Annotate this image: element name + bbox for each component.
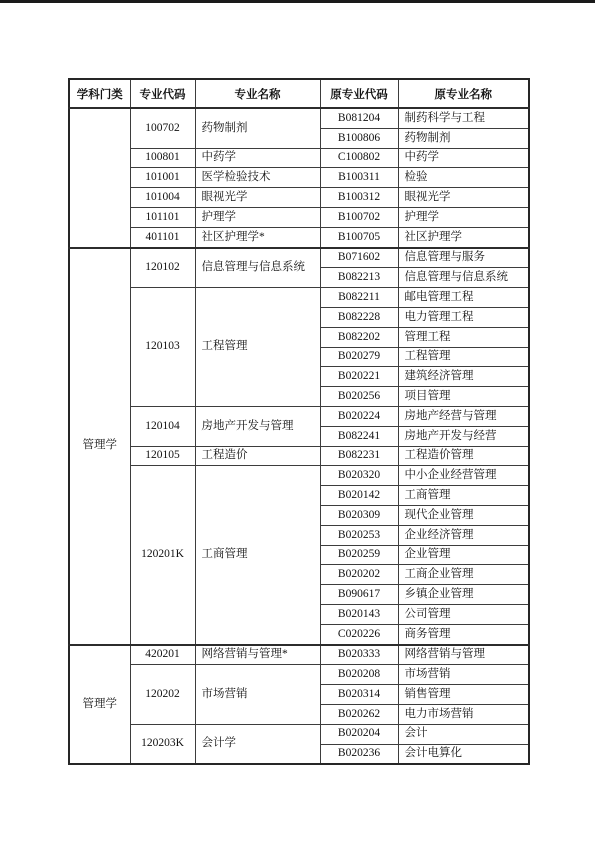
old-code-cell: B020208 [320, 665, 398, 685]
old-code-cell: B020236 [320, 744, 398, 764]
old-code-cell: B020320 [320, 466, 398, 486]
table-row: 120105工程造价B082231工程造价管理 [69, 446, 529, 466]
old-code-cell: B082213 [320, 268, 398, 288]
old-name-cell: 电力市场营销 [398, 704, 529, 724]
old-name-cell: 工商管理 [398, 486, 529, 506]
table-row: 120201K工商管理B020320中小企业经营管理 [69, 466, 529, 486]
major-code-cell: 100801 [130, 148, 195, 168]
old-code-cell: B020142 [320, 486, 398, 506]
major-code-cell: 401101 [130, 227, 195, 247]
old-code-cell: B082241 [320, 426, 398, 446]
old-code-cell: B081204 [320, 108, 398, 128]
major-name-cell: 医学检验技术 [195, 168, 320, 188]
major-name-cell: 网络营销与管理* [195, 645, 320, 665]
table-body: 100702药物制剂B081204制药科学与工程B100806药物制剂10080… [69, 108, 529, 764]
col-header-major-name: 专业名称 [195, 79, 320, 108]
old-code-cell: B020202 [320, 565, 398, 585]
old-code-cell: B082231 [320, 446, 398, 466]
old-name-cell: 房地产经营与管理 [398, 406, 529, 426]
col-header-old-code: 原专业代码 [320, 79, 398, 108]
old-code-cell: B020221 [320, 367, 398, 387]
old-name-cell: 眼视光学 [398, 188, 529, 208]
old-name-cell: 信息管理与信息系统 [398, 268, 529, 288]
old-code-cell: B090617 [320, 585, 398, 605]
old-name-cell: 邮电管理工程 [398, 288, 529, 308]
major-name-cell: 护理学 [195, 207, 320, 227]
major-code-cell: 100702 [130, 108, 195, 148]
major-code-cell: 101004 [130, 188, 195, 208]
header-row: 学科门类 专业代码 专业名称 原专业代码 原专业名称 [69, 79, 529, 108]
table-row: 120202市场营销B020208市场营销 [69, 665, 529, 685]
major-code-cell: 420201 [130, 645, 195, 665]
major-name-cell: 眼视光学 [195, 188, 320, 208]
old-name-cell: 中小企业经营管理 [398, 466, 529, 486]
table-row: 管理学420201网络营销与管理*B020333网络营销与管理 [69, 645, 529, 665]
table-row: 101004眼视光学B100312眼视光学 [69, 188, 529, 208]
old-code-cell: B100312 [320, 188, 398, 208]
old-name-cell: 制药科学与工程 [398, 108, 529, 128]
old-code-cell: B082211 [320, 288, 398, 308]
old-name-cell: 乡镇企业管理 [398, 585, 529, 605]
col-header-major-code: 专业代码 [130, 79, 195, 108]
old-name-cell: 工程造价管理 [398, 446, 529, 466]
old-name-cell: 药物制剂 [398, 128, 529, 148]
major-name-cell: 房地产开发与管理 [195, 406, 320, 446]
old-code-cell: B100705 [320, 227, 398, 247]
page-top-edge [0, 0, 595, 3]
old-name-cell: 管理工程 [398, 327, 529, 347]
old-name-cell: 房地产开发与经营 [398, 426, 529, 446]
old-name-cell: 工程管理 [398, 347, 529, 367]
old-code-cell: B082202 [320, 327, 398, 347]
old-name-cell: 网络营销与管理 [398, 645, 529, 665]
old-name-cell: 电力管理工程 [398, 307, 529, 327]
old-code-cell: B100702 [320, 207, 398, 227]
old-name-cell: 中药学 [398, 148, 529, 168]
major-code-cell: 120202 [130, 665, 195, 724]
old-name-cell: 信息管理与服务 [398, 248, 529, 268]
category-cell: 管理学 [69, 248, 130, 645]
old-code-cell: B020253 [320, 525, 398, 545]
old-name-cell: 检验 [398, 168, 529, 188]
old-code-cell: B082228 [320, 307, 398, 327]
old-code-cell: B020333 [320, 645, 398, 665]
old-name-cell: 项目管理 [398, 387, 529, 407]
old-name-cell: 工商企业管理 [398, 565, 529, 585]
table-row: 100702药物制剂B081204制药科学与工程 [69, 108, 529, 128]
major-code-cell: 120102 [130, 248, 195, 288]
table-row: 101101护理学B100702护理学 [69, 207, 529, 227]
old-code-cell: B020256 [320, 387, 398, 407]
old-name-cell: 销售管理 [398, 685, 529, 705]
old-code-cell: B020224 [320, 406, 398, 426]
table-row: 120104房地产开发与管理B020224房地产经营与管理 [69, 406, 529, 426]
major-code-cell: 120201K [130, 466, 195, 645]
old-code-cell: B100806 [320, 128, 398, 148]
major-name-cell: 市场营销 [195, 665, 320, 724]
old-code-cell: B020143 [320, 604, 398, 624]
major-name-cell: 工商管理 [195, 466, 320, 645]
major-code-cell: 120103 [130, 288, 195, 407]
major-name-cell: 信息管理与信息系统 [195, 248, 320, 288]
old-name-cell: 商务管理 [398, 624, 529, 644]
old-name-cell: 企业管理 [398, 545, 529, 565]
table-row: 100801中药学C100802中药学 [69, 148, 529, 168]
old-code-cell: B020279 [320, 347, 398, 367]
major-code-cell: 120105 [130, 446, 195, 466]
major-name-cell: 中药学 [195, 148, 320, 168]
major-code-cell: 101001 [130, 168, 195, 188]
old-code-cell: B020309 [320, 505, 398, 525]
col-header-old-name: 原专业名称 [398, 79, 529, 108]
old-code-cell: C020226 [320, 624, 398, 644]
old-code-cell: B020314 [320, 685, 398, 705]
major-name-cell: 工程管理 [195, 288, 320, 407]
table-row: 101001医学检验技术B100311检验 [69, 168, 529, 188]
category-cell: 管理学 [69, 645, 130, 765]
majors-table: 学科门类 专业代码 专业名称 原专业代码 原专业名称 100702药物制剂B08… [68, 78, 530, 765]
old-code-cell: B020259 [320, 545, 398, 565]
major-code-cell: 120104 [130, 406, 195, 446]
old-name-cell: 会计 [398, 724, 529, 744]
old-code-cell: B020204 [320, 724, 398, 744]
old-name-cell: 现代企业管理 [398, 505, 529, 525]
table-row: 120203K会计学B020204会计 [69, 724, 529, 744]
old-name-cell: 企业经济管理 [398, 525, 529, 545]
table-row: 401101社区护理学*B100705社区护理学 [69, 227, 529, 247]
old-code-cell: B020262 [320, 704, 398, 724]
old-code-cell: B071602 [320, 248, 398, 268]
category-cell [69, 108, 130, 248]
old-name-cell: 公司管理 [398, 604, 529, 624]
table-row: 120103工程管理B082211邮电管理工程 [69, 288, 529, 308]
major-name-cell: 会计学 [195, 724, 320, 764]
major-code-cell: 101101 [130, 207, 195, 227]
table-row: 管理学120102信息管理与信息系统B071602信息管理与服务 [69, 248, 529, 268]
old-code-cell: B100311 [320, 168, 398, 188]
major-code-cell: 120203K [130, 724, 195, 764]
old-name-cell: 建筑经济管理 [398, 367, 529, 387]
major-name-cell: 工程造价 [195, 446, 320, 466]
major-name-cell: 社区护理学* [195, 227, 320, 247]
old-code-cell: C100802 [320, 148, 398, 168]
old-name-cell: 社区护理学 [398, 227, 529, 247]
major-name-cell: 药物制剂 [195, 108, 320, 148]
old-name-cell: 护理学 [398, 207, 529, 227]
col-header-category: 学科门类 [69, 79, 130, 108]
old-name-cell: 会计电算化 [398, 744, 529, 764]
old-name-cell: 市场营销 [398, 665, 529, 685]
